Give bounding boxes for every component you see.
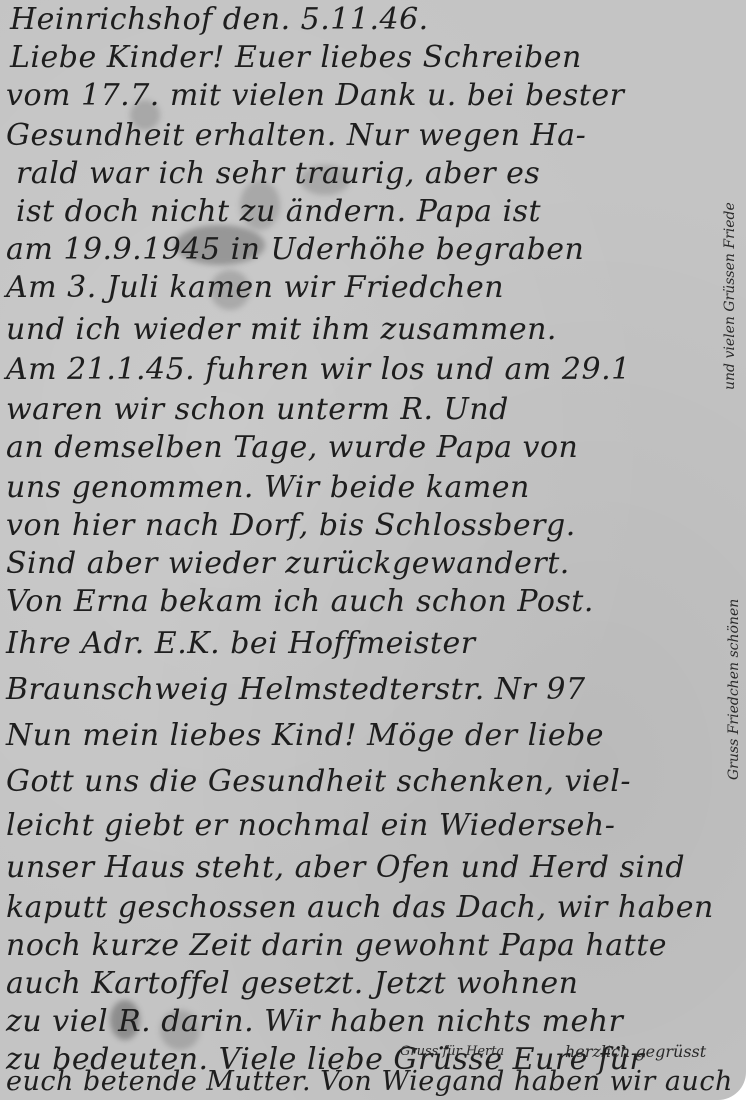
- letter-line: waren wir schon unterm R. Und: [6, 392, 509, 427]
- letter-line: ist doch nicht zu ändern. Papa ist: [16, 194, 541, 229]
- letter-line: Am 21.1.45. fuhren wir los und am 29.1: [6, 352, 631, 387]
- interlinear-note-right: herzlich gegrüsst: [565, 1042, 706, 1061]
- letter-line: leicht giebt er nochmal ein Wiederseh-: [6, 808, 615, 843]
- letter-line: auch Kartoffel gesetzt. Jetzt wohnen: [6, 966, 579, 1001]
- letter-line: an demselben Tage, wurde Papa von: [6, 430, 578, 465]
- letter-line: Von Erna bekam ich auch schon Post.: [6, 584, 594, 619]
- letter-line: vom 17.7. mit vielen Dank u. bei bester: [6, 78, 624, 113]
- letter-line: rald war ich sehr traurig, aber es: [16, 156, 540, 191]
- margin-note-bottom: Gruss Friedchen schönen: [726, 599, 742, 780]
- margin-note-top: und vielen Grüssen Friede: [722, 202, 738, 390]
- letter-line: noch kurze Zeit darin gewohnt Papa hatte: [6, 928, 667, 963]
- letter-line: euch betende Mutter. Von Wiegand haben w…: [6, 1066, 733, 1097]
- letter-line: unser Haus steht, aber Ofen und Herd sin…: [6, 850, 685, 885]
- letter-line: Gott uns die Gesundheit schenken, viel-: [6, 764, 631, 799]
- letter-line: und ich wieder mit ihm zusammen.: [6, 312, 557, 347]
- letter-page: Heinrichshof den. 5.11.46. Liebe Kinder!…: [0, 0, 746, 1100]
- letter-header: Heinrichshof den. 5.11.46.: [10, 2, 429, 37]
- letter-line: von hier nach Dorf, bis Schlossberg.: [6, 508, 576, 543]
- letter-line: Liebe Kinder! Euer liebes Schreiben: [10, 40, 582, 75]
- letter-line: Braunschweig Helmstedterstr. Nr 97: [6, 672, 586, 707]
- letter-line: Am 3. Juli kamen wir Friedchen: [6, 270, 504, 305]
- letter-line: uns genommen. Wir beide kamen: [6, 470, 530, 505]
- interlinear-note: Gruss für Herta: [400, 1044, 504, 1059]
- letter-line: zu viel R. darin. Wir haben nichts mehr: [6, 1004, 623, 1039]
- letter-line: kaputt geschossen auch das Dach, wir hab…: [6, 890, 714, 925]
- letter-line: Nun mein liebes Kind! Möge der liebe: [6, 718, 604, 753]
- letter-line: am 19.9.1945 in Uderhöhe begraben: [6, 232, 584, 267]
- letter-line: Ihre Adr. E.K. bei Hoffmeister: [6, 626, 476, 661]
- letter-line: Gesundheit erhalten. Nur wegen Ha-: [6, 118, 586, 153]
- letter-line: Sind aber wieder zurückgewandert.: [6, 546, 570, 581]
